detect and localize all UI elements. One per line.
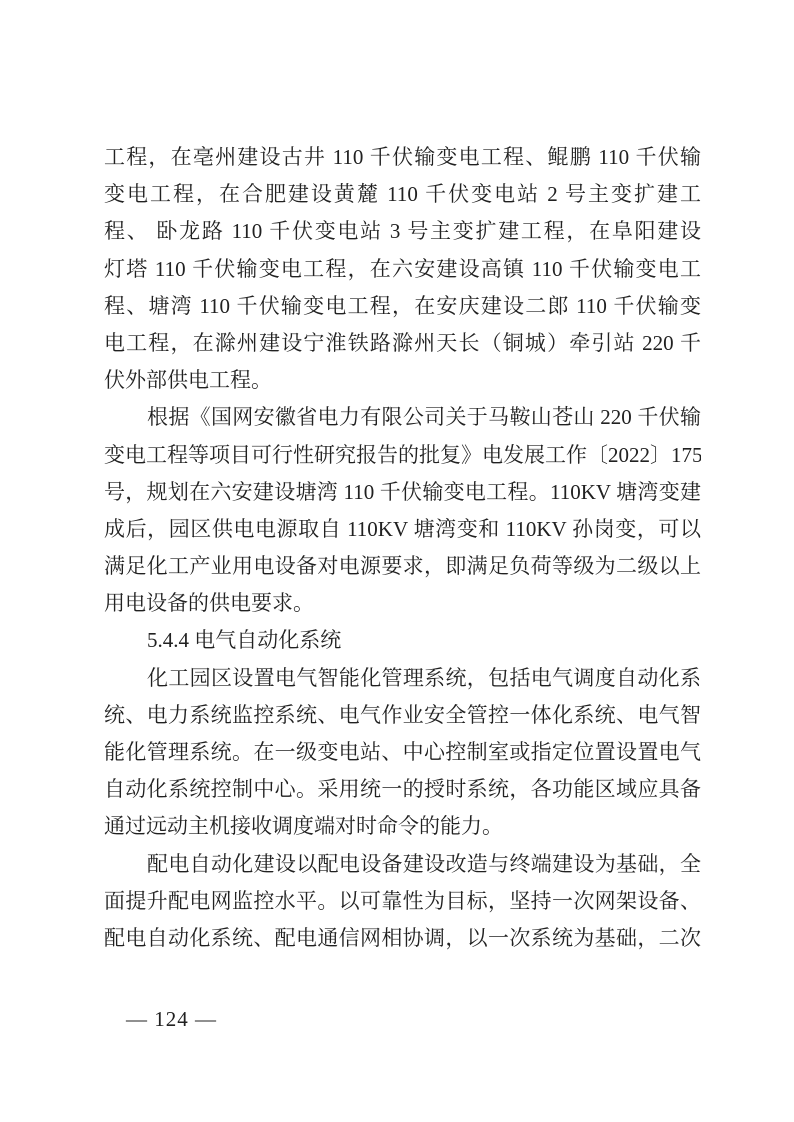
- text-line: 灯塔 110 千伏输变电工程，在六安建设高镇 110 千伏输变电工: [104, 251, 701, 288]
- text-line: 电工程，在滁州建设宁淮铁路滁州天长（铜城）牵引站 220 千: [104, 325, 701, 362]
- page-footer: — 124 —: [126, 1006, 217, 1032]
- text-line: 伏外部供电工程。: [104, 362, 701, 399]
- text-line: 工程，在亳州建设古井 110 千伏输变电工程、鲲鹏 110 千伏输: [104, 139, 701, 176]
- page-body: 工程，在亳州建设古井 110 千伏输变电工程、鲲鹏 110 千伏输变电工程，在合…: [104, 139, 701, 957]
- text-line: 通过远动主机接收调度端对时命令的能力。: [104, 808, 701, 845]
- text-line: 变电工程等项目可行性研究报告的批复》电发展工作〔2022〕175: [104, 437, 701, 474]
- text-line: 程、塘湾 110 千伏输变电工程，在安庆建设二郎 110 千伏输变: [104, 288, 701, 325]
- section-heading: 5.4.4 电气自动化系统: [104, 622, 701, 659]
- document-page: 工程，在亳州建设古井 110 千伏输变电工程、鲲鹏 110 千伏输变电工程，在合…: [0, 0, 794, 1122]
- text-line: 能化管理系统。在一级变电站、中心控制室或指定位置设置电气: [104, 734, 701, 771]
- text-line: 程、 卧龙路 110 千伏变电站 3 号主变扩建工程，在阜阳建设: [104, 213, 701, 250]
- text-line: 成后，园区供电电源取自 110KV 塘湾变和 110KV 孙岗变，可以: [104, 511, 701, 548]
- page-number: — 124 —: [126, 1007, 217, 1031]
- text-line: 面提升配电网监控水平。以可靠性为目标，坚持一次网架设备、: [104, 883, 701, 920]
- text-line: 号，规划在六安建设塘湾 110 千伏输变电工程。110KV 塘湾变建: [104, 474, 701, 511]
- text-line: 化工园区设置电气智能化管理系统，包括电气调度自动化系: [104, 660, 701, 697]
- text-line: 根据《国网安徽省电力有限公司关于马鞍山苍山 220 千伏输: [104, 399, 701, 436]
- text-line: 自动化系统控制中心。采用统一的授时系统，各功能区域应具备: [104, 771, 701, 808]
- text-line: 统、电力系统监控系统、电气作业安全管控一体化系统、电气智: [104, 697, 701, 734]
- text-line: 配电自动化建设以配电设备建设改造与终端建设为基础，全: [104, 846, 701, 883]
- text-line: 用电设备的供电要求。: [104, 585, 701, 622]
- text-line: 变电工程，在合肥建设黄麓 110 千伏变电站 2 号主变扩建工: [104, 176, 701, 213]
- text-line: 满足化工产业用电设备对电源要求，即满足负荷等级为二级以上: [104, 548, 701, 585]
- text-line: 配电自动化系统、配电通信网相协调，以一次系统为基础，二次: [104, 920, 701, 957]
